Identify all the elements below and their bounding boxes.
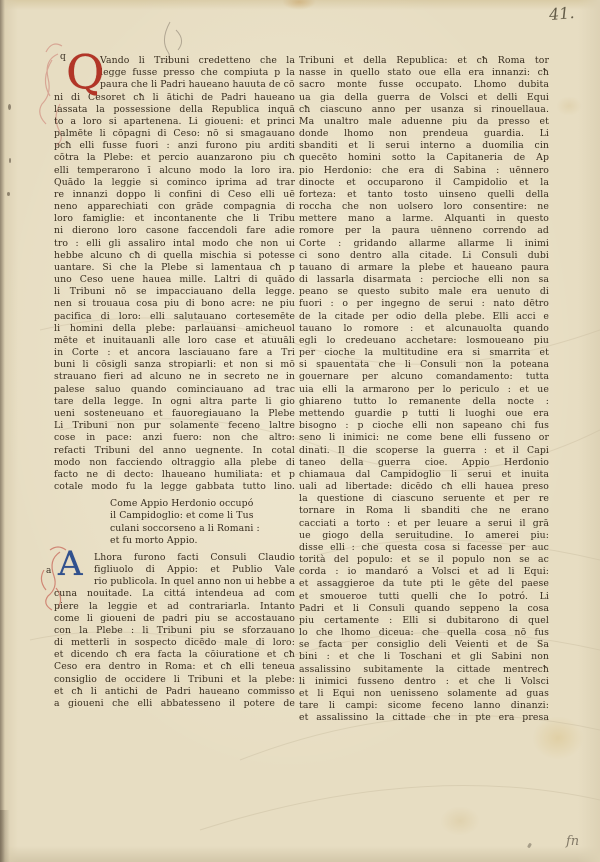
paragraph-2: a A Lhora furono facti Consuli Claudiofi… xyxy=(54,552,295,710)
guide-letter-q: q xyxy=(60,52,66,62)
text-line: cħ ciascuno anno per usanza si rinouella… xyxy=(299,104,549,116)
text-line: ua gia della guerra de Volsci et delli E… xyxy=(299,92,549,104)
text-line: si spauentata che li Consuli non la pote… xyxy=(299,359,549,371)
text-line: egli lo credeuano acchetare: losmoueano … xyxy=(299,335,549,347)
text-line: nen si trouaua cosa piu di bono acre: ne… xyxy=(54,298,295,310)
text-line: neno apparechiati con grāde compagnia di xyxy=(54,201,295,213)
text-line: loro famiglie: et incontanente che li Tr… xyxy=(54,213,295,225)
text-line: et smoueroe tutti quelli che Io potró. L… xyxy=(299,591,549,603)
text-line: Vando li Tribuni credetteno che la xyxy=(100,55,295,67)
text-line: et assalissino la cittade che in pte era… xyxy=(299,712,549,724)
text-line: dinocte et occuparono il Campidolio et l… xyxy=(299,177,549,189)
paragraph-1-lines: Vando li Tribuni credetteno che lalegge … xyxy=(54,55,295,493)
text-line: bini : et che li Toschani et gli Sabini … xyxy=(299,651,549,663)
text-line: di metterli in sospecto dicēdo male di l… xyxy=(54,637,295,649)
text-line: piu certamente : Elli si dubitarono di q… xyxy=(299,615,549,627)
text-line: Ceso era dentro in Roma: et cħ elli tene… xyxy=(54,661,295,673)
text-line: romore per la paura uēnneno correndo ad xyxy=(299,225,549,237)
text-line: ghiareno tutto lo remanente della nocte … xyxy=(299,396,549,408)
text-line: sbanditi et li serui interno a duomilia … xyxy=(299,140,549,152)
text-line: legge fusse presso che compiuta p la xyxy=(100,67,295,79)
paragraph-1: q Q Vando li Tribuni credetteno che lale… xyxy=(54,55,295,493)
text-line: Li Tribuni non pur solamente feceno lalt… xyxy=(54,420,295,432)
text-line: roccha che non uolsero loro consentire: … xyxy=(299,201,549,213)
text-line: rio publicola. In quel anno non ui hebbe… xyxy=(94,576,295,588)
text-line: modo non facciendo oltraggio alla plebe … xyxy=(54,457,295,469)
text-line: uia elli la armarono per lo periculo : e… xyxy=(299,384,549,396)
right-column-lines: Tribuni et della Republica: et cħ Roma t… xyxy=(299,55,549,724)
text-line: Corte : gridando allarme allarme li inim… xyxy=(299,238,549,250)
text-line: li homini della plebe: parlauansi amiche… xyxy=(54,323,295,335)
text-line: peano se questo subito male era uenuto d… xyxy=(299,286,549,298)
text-line: culani soccorseno a li Romani : xyxy=(110,523,295,535)
text-line: se facta per consiglio deli Veienti et d… xyxy=(299,639,549,651)
text-line: uno Ceso uene hauea mille. Laltri di quā… xyxy=(54,274,295,286)
text-column-right: Tribuni et della Republica: et cħ Roma t… xyxy=(299,55,549,724)
text-column-left: q Q Vando li Tribuni credetteno che lale… xyxy=(54,55,295,710)
text-line: elli temperarono ī alcuno modo la loro i… xyxy=(54,165,295,177)
text-line: corda : io mandaró a Volsci et ad li Equ… xyxy=(299,566,549,578)
text-line: Padri et li Consuli quando seppeno la co… xyxy=(299,603,549,615)
text-line: Lhora furono facti Consuli Claudio xyxy=(94,552,295,564)
text-line: pio Herdonio: che era di Sabina : uēnner… xyxy=(299,165,549,177)
text-line: torità del populo: et se il populo non s… xyxy=(299,554,549,566)
text-line: con la Plebe : li Tribuni piu se sforzau… xyxy=(54,625,295,637)
text-line: hebbe alcuno cħ di quella mischia si pot… xyxy=(54,250,295,262)
guide-letter-a: a xyxy=(46,566,51,576)
text-line: forteza: et tanto tosto uinseno quelli d… xyxy=(299,189,549,201)
drop-cap-q: Q xyxy=(66,49,105,96)
text-line: ueni sosteneuano et fauoregiauano la Ple… xyxy=(54,408,295,420)
text-line: pacifica di loro: elli salutauano cortes… xyxy=(54,311,295,323)
text-line: buni li cōsigli sanza stropiarli: et non… xyxy=(54,359,295,371)
text-line: tornare in Roma li sbanditi che ne erano xyxy=(299,505,549,517)
text-line: fuori : o per ingegno de serui : nato dē… xyxy=(299,298,549,310)
text-line: a gioueni che elli abbatesseno il potere… xyxy=(54,698,295,710)
text-line: ci sono dentro alla citade. Li Consuli d… xyxy=(299,250,549,262)
text-line: di lassarla disarmata : percioche elli n… xyxy=(299,274,549,286)
text-line: seno li inimici: ne come bene elli fusse… xyxy=(299,432,549,444)
text-line: disse elli : che questa cosa si facesse … xyxy=(299,542,549,554)
text-line: uali ad libertade: dicēdo cħ elli hauea … xyxy=(299,481,549,493)
text-line: mettendo guardie p tutti li luoghi oue e… xyxy=(299,408,549,420)
text-line: tro : elli gli assaliro intal modo che n… xyxy=(54,238,295,250)
text-line: dinati. Il die scoperse la guerra : et i… xyxy=(299,445,549,457)
text-line: cotale modo fu la legge gabbata tutto li… xyxy=(54,481,295,493)
text-line: come li gioueni de padri piu se accostau… xyxy=(54,613,295,625)
folio-number: 41. xyxy=(548,3,575,24)
text-line: li Tribuni nō se impacciauano della legg… xyxy=(54,286,295,298)
text-line: Quādo la leggie si cominco iprima ad tra… xyxy=(54,177,295,189)
text-line: palese saluo quando cominciauano ad trac xyxy=(54,384,295,396)
text-line: tauano di armare la plebe et haueano pau… xyxy=(299,262,549,274)
manuscript-page: 41. q Q Vando li Tribuni credetteno che … xyxy=(0,0,600,862)
text-line: de la citade per odio della plebe. Elli … xyxy=(299,311,549,323)
text-line: donde lhomo non prendeua guardia. Li xyxy=(299,128,549,140)
text-line: Tribuni et della Republica: et cħ Roma t… xyxy=(299,55,549,67)
text-line: palmēte li cōpagni di Ceso: nō si smagau… xyxy=(54,128,295,140)
text-line: nasse in quello stato oue ella era innan… xyxy=(299,67,549,79)
text-line: la questione di ciascuno seruente et per… xyxy=(299,493,549,505)
text-line: consiglio de occidere li Tribuni et la p… xyxy=(54,674,295,686)
text-line: sacro monte fusse occupato. Lhomo dubita xyxy=(299,79,549,91)
text-line: bisogno : p cioche elli non sapeano chi … xyxy=(299,420,549,432)
text-line: mēte et inuitauanli alle loro case et at… xyxy=(54,335,295,347)
text-line: Ma unaltro male aduenne piu da presso et xyxy=(299,116,549,128)
text-line: ni dierono loro casone faccendoli fare a… xyxy=(54,225,295,237)
text-line: refacti Tribuni del anno uegnente. In co… xyxy=(54,445,295,457)
text-line: pcħ elli fusse fuori : anzi furono piu a… xyxy=(54,140,295,152)
text-line: li inimici fusseno dentro : et che li Vo… xyxy=(299,676,549,688)
text-line: il Campidoglio: et come li Tus xyxy=(110,510,295,522)
text-line: gouernare per alcuno comandamento: tutta xyxy=(299,371,549,383)
text-line: cacciati a torto : et per leuare a serui… xyxy=(299,518,549,530)
text-line: et dicendo cħ era facta la cōiuratione e… xyxy=(54,649,295,661)
text-line: cuna nouitade. La cittá intendeua ad com xyxy=(54,588,295,600)
text-line: lassata la possessione della Republica i… xyxy=(54,104,295,116)
text-line: mettere mano a larme. Alquanti in questo xyxy=(299,213,549,225)
text-line: re innanzi doppo li confini di Ceso elli… xyxy=(54,189,295,201)
corner-signature-mark: fn xyxy=(566,834,579,849)
text-line: taneo della guerra cioe. Appio Herdonio xyxy=(299,457,549,469)
text-line: to a loro si apartenena. Li gioueni: et … xyxy=(54,116,295,128)
text-line: tare della legge. In ogni altra parte li… xyxy=(54,396,295,408)
text-line: cōtra la Plebe: et percio auanzarono piu… xyxy=(54,152,295,164)
text-line: et cħ li antichi de Padri haueano commis… xyxy=(54,686,295,698)
text-line: strauano fieri ad alcuno ne in secreto n… xyxy=(54,371,295,383)
text-line: Come Appio Herdonio occupó xyxy=(110,498,295,510)
text-line: figliuolo di Appio: et Publio Vale xyxy=(94,564,295,576)
text-line: paura che li Padri haueano hauuta de cōs… xyxy=(100,79,295,91)
text-line: tare li campi: sicome feceno lanno dinan… xyxy=(299,700,549,712)
text-line: et assaggieroe da tute pti le gēte del p… xyxy=(299,578,549,590)
text-line: et li Equi non uenisseno solamente ad gu… xyxy=(299,688,549,700)
text-line: ue giogo della seruitudine. Io amerei pi… xyxy=(299,530,549,542)
text-line: assalissino subitamente la cittade mentr… xyxy=(299,664,549,676)
text-line: piere la leggie et ad contrariarla. Inta… xyxy=(54,601,295,613)
text-line: uantare. Si che la Plebe si lamentaua cħ… xyxy=(54,262,295,274)
text-line: et fu morto Appio. xyxy=(110,535,295,547)
text-line: facto ne di decto: lhaueano humiliata: e… xyxy=(54,469,295,481)
text-line: quecēto homini sotto la Capitaneria de A… xyxy=(299,152,549,164)
text-line: per cioche la multitudine era si smarrit… xyxy=(299,347,549,359)
text-line: tauano lo romore : et alcunauolta quando xyxy=(299,323,549,335)
text-line: lo che lhomo diceua: che quella cosa nō … xyxy=(299,627,549,639)
text-line: in Corte : et ancora lasciauano fare a T… xyxy=(54,347,295,359)
chapter-heading: Come Appio Herdonio occupóil Campidoglio… xyxy=(54,498,295,547)
drop-cap-a: A xyxy=(58,547,83,581)
text-line: cose in pace: anzi fuero: non che altro: xyxy=(54,432,295,444)
text-line: chiamaua dal Campidoglio li serui et inu… xyxy=(299,469,549,481)
